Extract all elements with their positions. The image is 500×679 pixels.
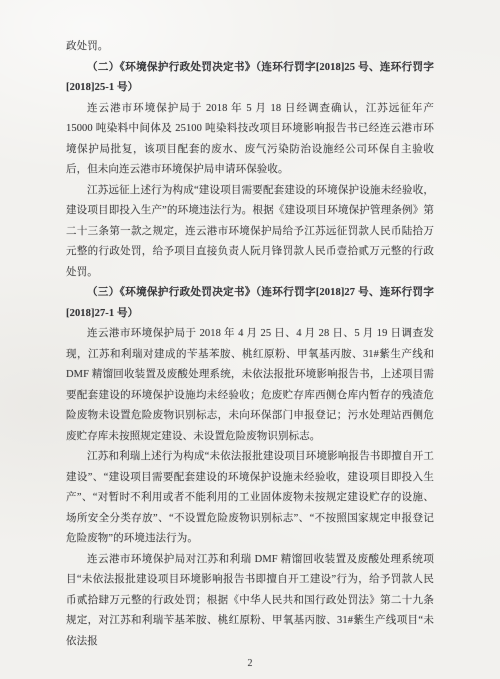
section-heading-decision-27: （三）《环境保护行政处罚决定书》（连环行罚字[2018]27 号、连环行罚字[2… <box>66 283 434 324</box>
section-heading-decision-25: （二）《环境保护行政处罚决定书》（连环行罚字[2018]25 号、连环行罚字[2… <box>66 58 434 99</box>
paragraph-investigation-25: 连云港市环境保护局于 2018 年 5 月 18 日经调查确认，江苏远征年产 1… <box>66 99 434 181</box>
paragraph-penalty-27: 连云港市环境保护局对江苏和利瑞 DMF 精馏回收装置及废酸处理系统项目“未依法报… <box>66 550 434 653</box>
document-page: 政处罚。 （二）《环境保护行政处罚决定书》（连环行罚字[2018]25 号、连环… <box>0 0 500 679</box>
document-body: 政处罚。 （二）《环境保护行政处罚决定书》（连环行罚字[2018]25 号、连环… <box>66 37 434 652</box>
paragraph-penalty-25: 江苏远征上述行为构成“建设项目需要配套建设的环境保护设施未经验收，建设项目即投入… <box>66 181 434 284</box>
page-number: 2 <box>0 658 500 669</box>
paragraph-violations-27: 江苏和利瑞上述行为构成“未依法报批建设项目环境影响报告书即擅自开工建设”、“建设… <box>66 447 434 550</box>
paragraph-investigation-27: 连云港市环境保护局于 2018 年 4 月 25 日、4 月 28 日、5 月 … <box>66 324 434 447</box>
paragraph-continuation: 政处罚。 <box>66 37 434 58</box>
